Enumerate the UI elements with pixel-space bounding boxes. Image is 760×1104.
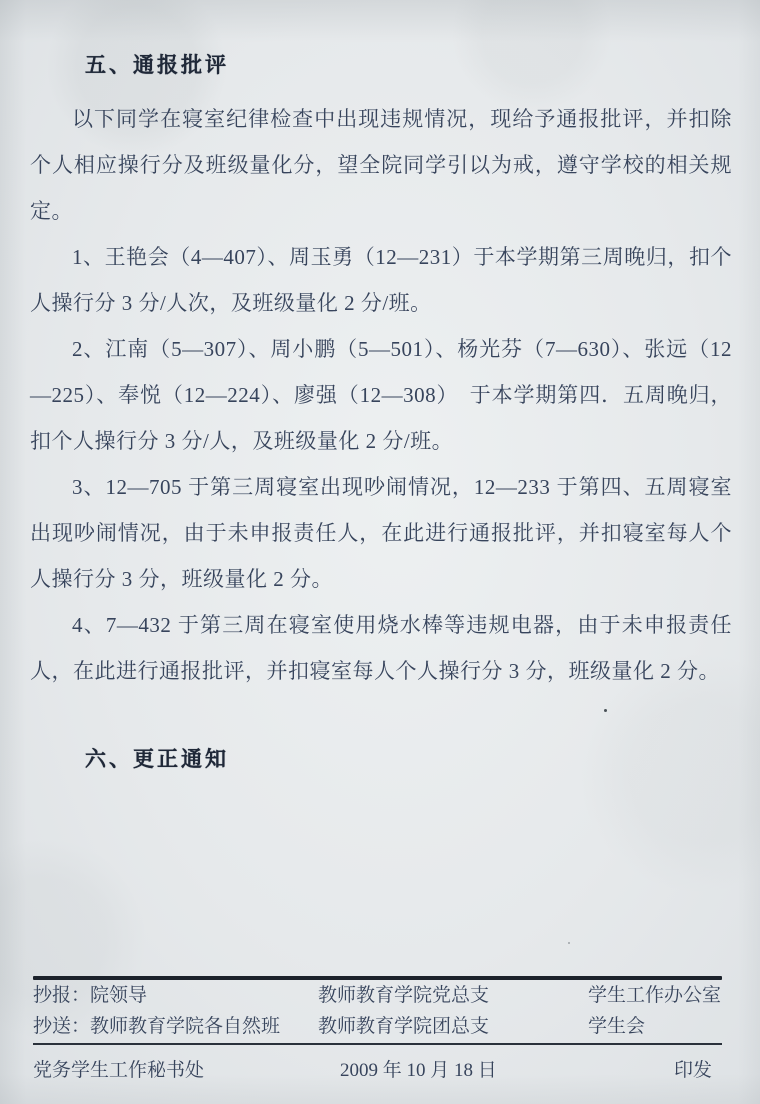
issuing-office: 党务学生工作秘书处 xyxy=(33,1055,318,1078)
print-issue-label: 印发 xyxy=(588,1055,722,1078)
section-5-paragraphs: 以下同学在寝室纪律检查中出现违规情况，现给予通报批评，并扣除个人相应操行分及班级… xyxy=(30,96,732,694)
copy-send-recipient: 学生会 xyxy=(588,1011,722,1042)
paragraph-intro: 以下同学在寝室纪律检查中出现违规情况，现给予通报批评，并扣除个人相应操行分及班级… xyxy=(30,96,732,234)
footer-copy-report-row: 抄报：院领导 教师教育学院党总支 学生工作办公室 xyxy=(33,980,722,1011)
scan-speck xyxy=(568,942,570,944)
footer-bottom-rule xyxy=(33,1043,722,1045)
copy-report-recipient: 学生工作办公室 xyxy=(588,980,722,1011)
document-footer: 抄报：院领导 教师教育学院党总支 学生工作办公室 抄送：教师教育学院各自然班 教… xyxy=(33,976,722,1078)
paragraph-item-3: 3、12—705 于第三周寝室出现吵闹情况，12—233 于第四、五周寝室出现吵… xyxy=(30,464,732,602)
paragraph-item-4: 4、7—432 于第三周在寝室使用烧水棒等违规电器，由于未申报责任人，在此进行通… xyxy=(30,602,732,694)
section-heading-5: 五、通报批评 xyxy=(85,52,732,80)
paragraph-item-1: 1、王艳会（4—407）、周玉勇（12—231）于本学期第三周晚归，扣个人操行分… xyxy=(30,234,732,326)
footer-copy-send-row: 抄送：教师教育学院各自然班 教师教育学院团总支 学生会 xyxy=(33,1011,722,1042)
copy-report-recipient: 抄报：院领导 xyxy=(33,980,318,1011)
section-heading-6: 六、更正通知 xyxy=(85,746,732,774)
footer-issue-row: 党务学生工作秘书处 2009 年 10 月 18 日 印发 xyxy=(33,1047,722,1078)
copy-report-recipient: 教师教育学院党总支 xyxy=(318,980,588,1011)
copy-send-recipient: 抄送：教师教育学院各自然班 xyxy=(33,1011,318,1042)
copy-send-recipient: 教师教育学院团总支 xyxy=(318,1011,588,1042)
document-body: 五、通报批评 以下同学在寝室纪律检查中出现违规情况，现给予通报批评，并扣除个人相… xyxy=(30,52,732,774)
paragraph-item-2: 2、江南（5—307）、周小鹏（5—501）、杨光芬（7—630）、张远（12—… xyxy=(30,326,732,464)
issue-date: 2009 年 10 月 18 日 xyxy=(318,1055,588,1078)
